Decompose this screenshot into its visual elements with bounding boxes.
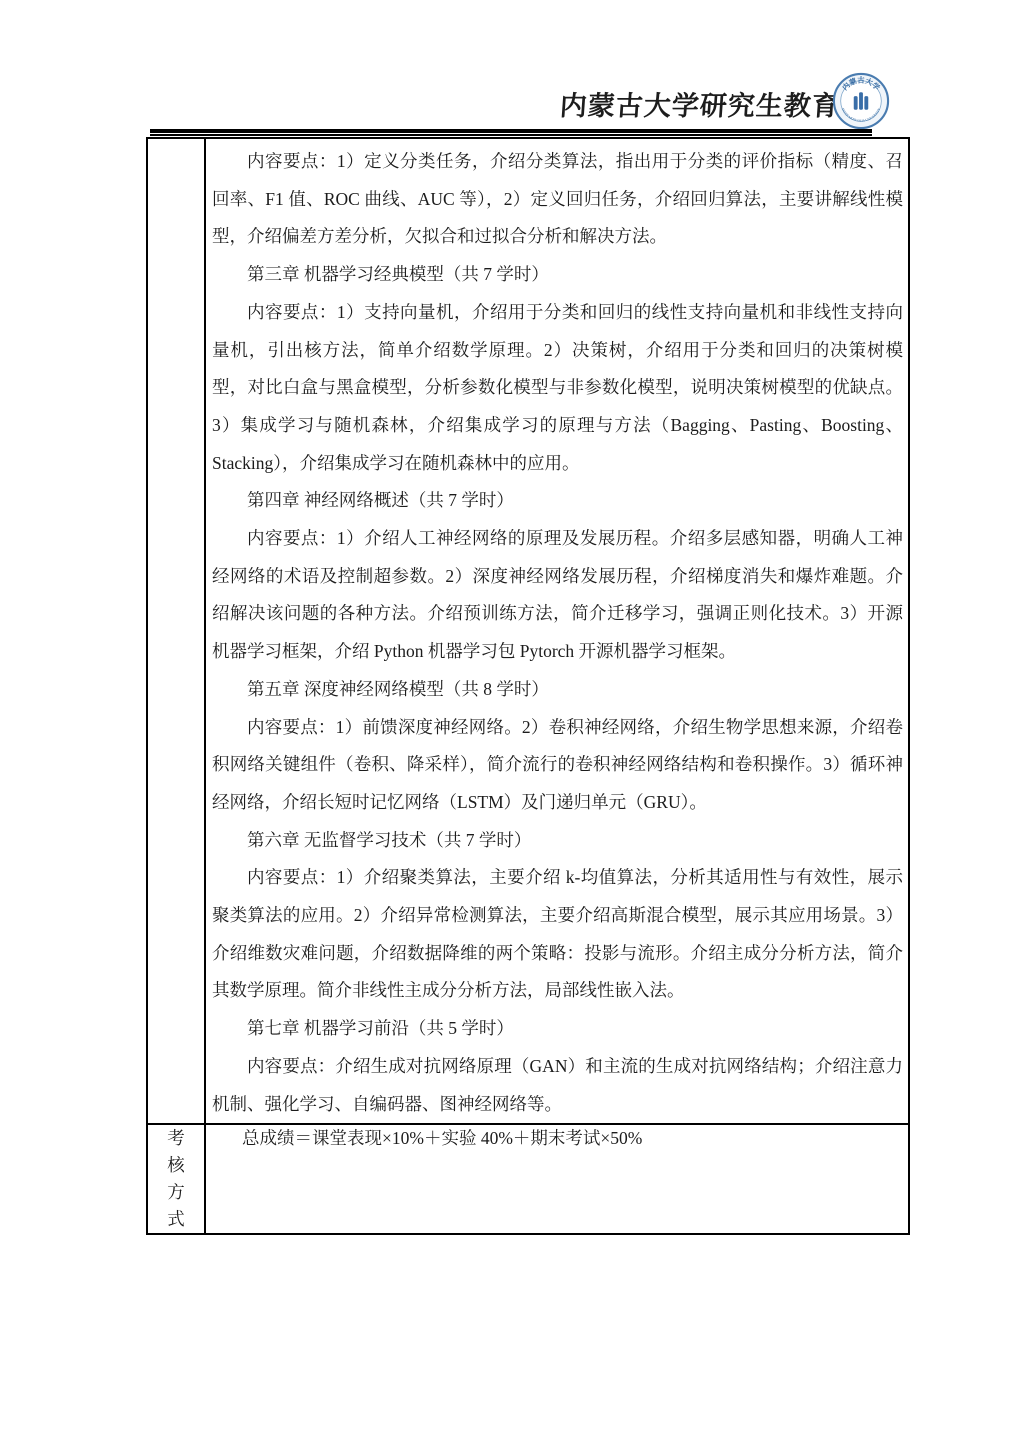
assessment-formula-cell: 总成绩＝课堂表现×10%＋实验 40%＋期末考试×50% (205, 1124, 909, 1234)
assessment-label-char: 式 (148, 1206, 204, 1233)
page-header-title: 内蒙古大学研究生教育 (559, 84, 824, 123)
content-paragraph: 内容要点：1）介绍聚类算法，主要介绍 k-均值算法，分析其适用性与有效性，展示聚… (212, 859, 903, 1010)
course-syllabus-table: 内容要点：1）定义分类任务，介绍分类算法，指出用于分类的评价指标（精度、召回率、… (146, 137, 910, 1235)
content-paragraph: 内容要点：1）前馈深度神经网络。2）卷积神经网络，介绍生物学思想来源，介绍卷积网… (212, 709, 903, 822)
assessment-row: 考 核 方 式 总成绩＝课堂表现×10%＋实验 40%＋期末考试×50% (147, 1124, 909, 1234)
content-paragraph: 内容要点：1）介绍人工神经网络的原理及发展历程。介绍多层感知器，明确人工神经网络… (212, 520, 903, 671)
chapter-heading: 第六章 无监督学习技术（共 7 学时） (212, 822, 903, 860)
header-rule-thick-line (150, 129, 872, 133)
document-page: 内蒙古大学研究生教育 内蒙古大学 INNER MONGOLIA UNIVERSI… (0, 0, 1024, 1447)
assessment-label-char: 方 (148, 1179, 204, 1206)
chapter-heading: 第四章 神经网络概述（共 7 学时） (212, 482, 903, 520)
university-logo: 内蒙古大学 INNER MONGOLIA UNIVERSITY (832, 72, 890, 130)
university-logo-seal: 内蒙古大学 INNER MONGOLIA UNIVERSITY (832, 72, 890, 130)
chapter-heading: 第五章 深度神经网络模型（共 8 学时） (212, 671, 903, 709)
content-paragraph: 内容要点：1）定义分类任务，介绍分类算法，指出用于分类的评价指标（精度、召回率、… (212, 143, 903, 256)
assessment-method-label: 考 核 方 式 (147, 1124, 205, 1234)
assessment-label-char: 考 (148, 1125, 204, 1152)
grade-formula: 总成绩＝课堂表现×10%＋实验 40%＋期末考试×50% (242, 1126, 907, 1150)
assessment-label-char: 核 (148, 1152, 204, 1179)
content-paragraph: 内容要点：介绍生成对抗网络原理（GAN）和主流的生成对抗网络结构；介绍注意力机制… (212, 1048, 903, 1123)
chapter-heading: 第三章 机器学习经典模型（共 7 学时） (212, 256, 903, 294)
course-content-cell: 内容要点：1）定义分类任务，介绍分类算法，指出用于分类的评价指标（精度、召回率、… (205, 138, 909, 1124)
chapter-heading: 第七章 机器学习前沿（共 5 学时） (212, 1010, 903, 1048)
empty-label-cell (147, 138, 205, 1124)
course-content-row: 内容要点：1）定义分类任务，介绍分类算法，指出用于分类的评价指标（精度、召回率、… (147, 138, 909, 1124)
header-rule (150, 129, 872, 136)
header-rule-thin-line (150, 134, 872, 136)
content-paragraph: 内容要点：1）支持向量机，介绍用于分类和回归的线性支持向量机和非线性支持向量机，… (212, 294, 903, 483)
